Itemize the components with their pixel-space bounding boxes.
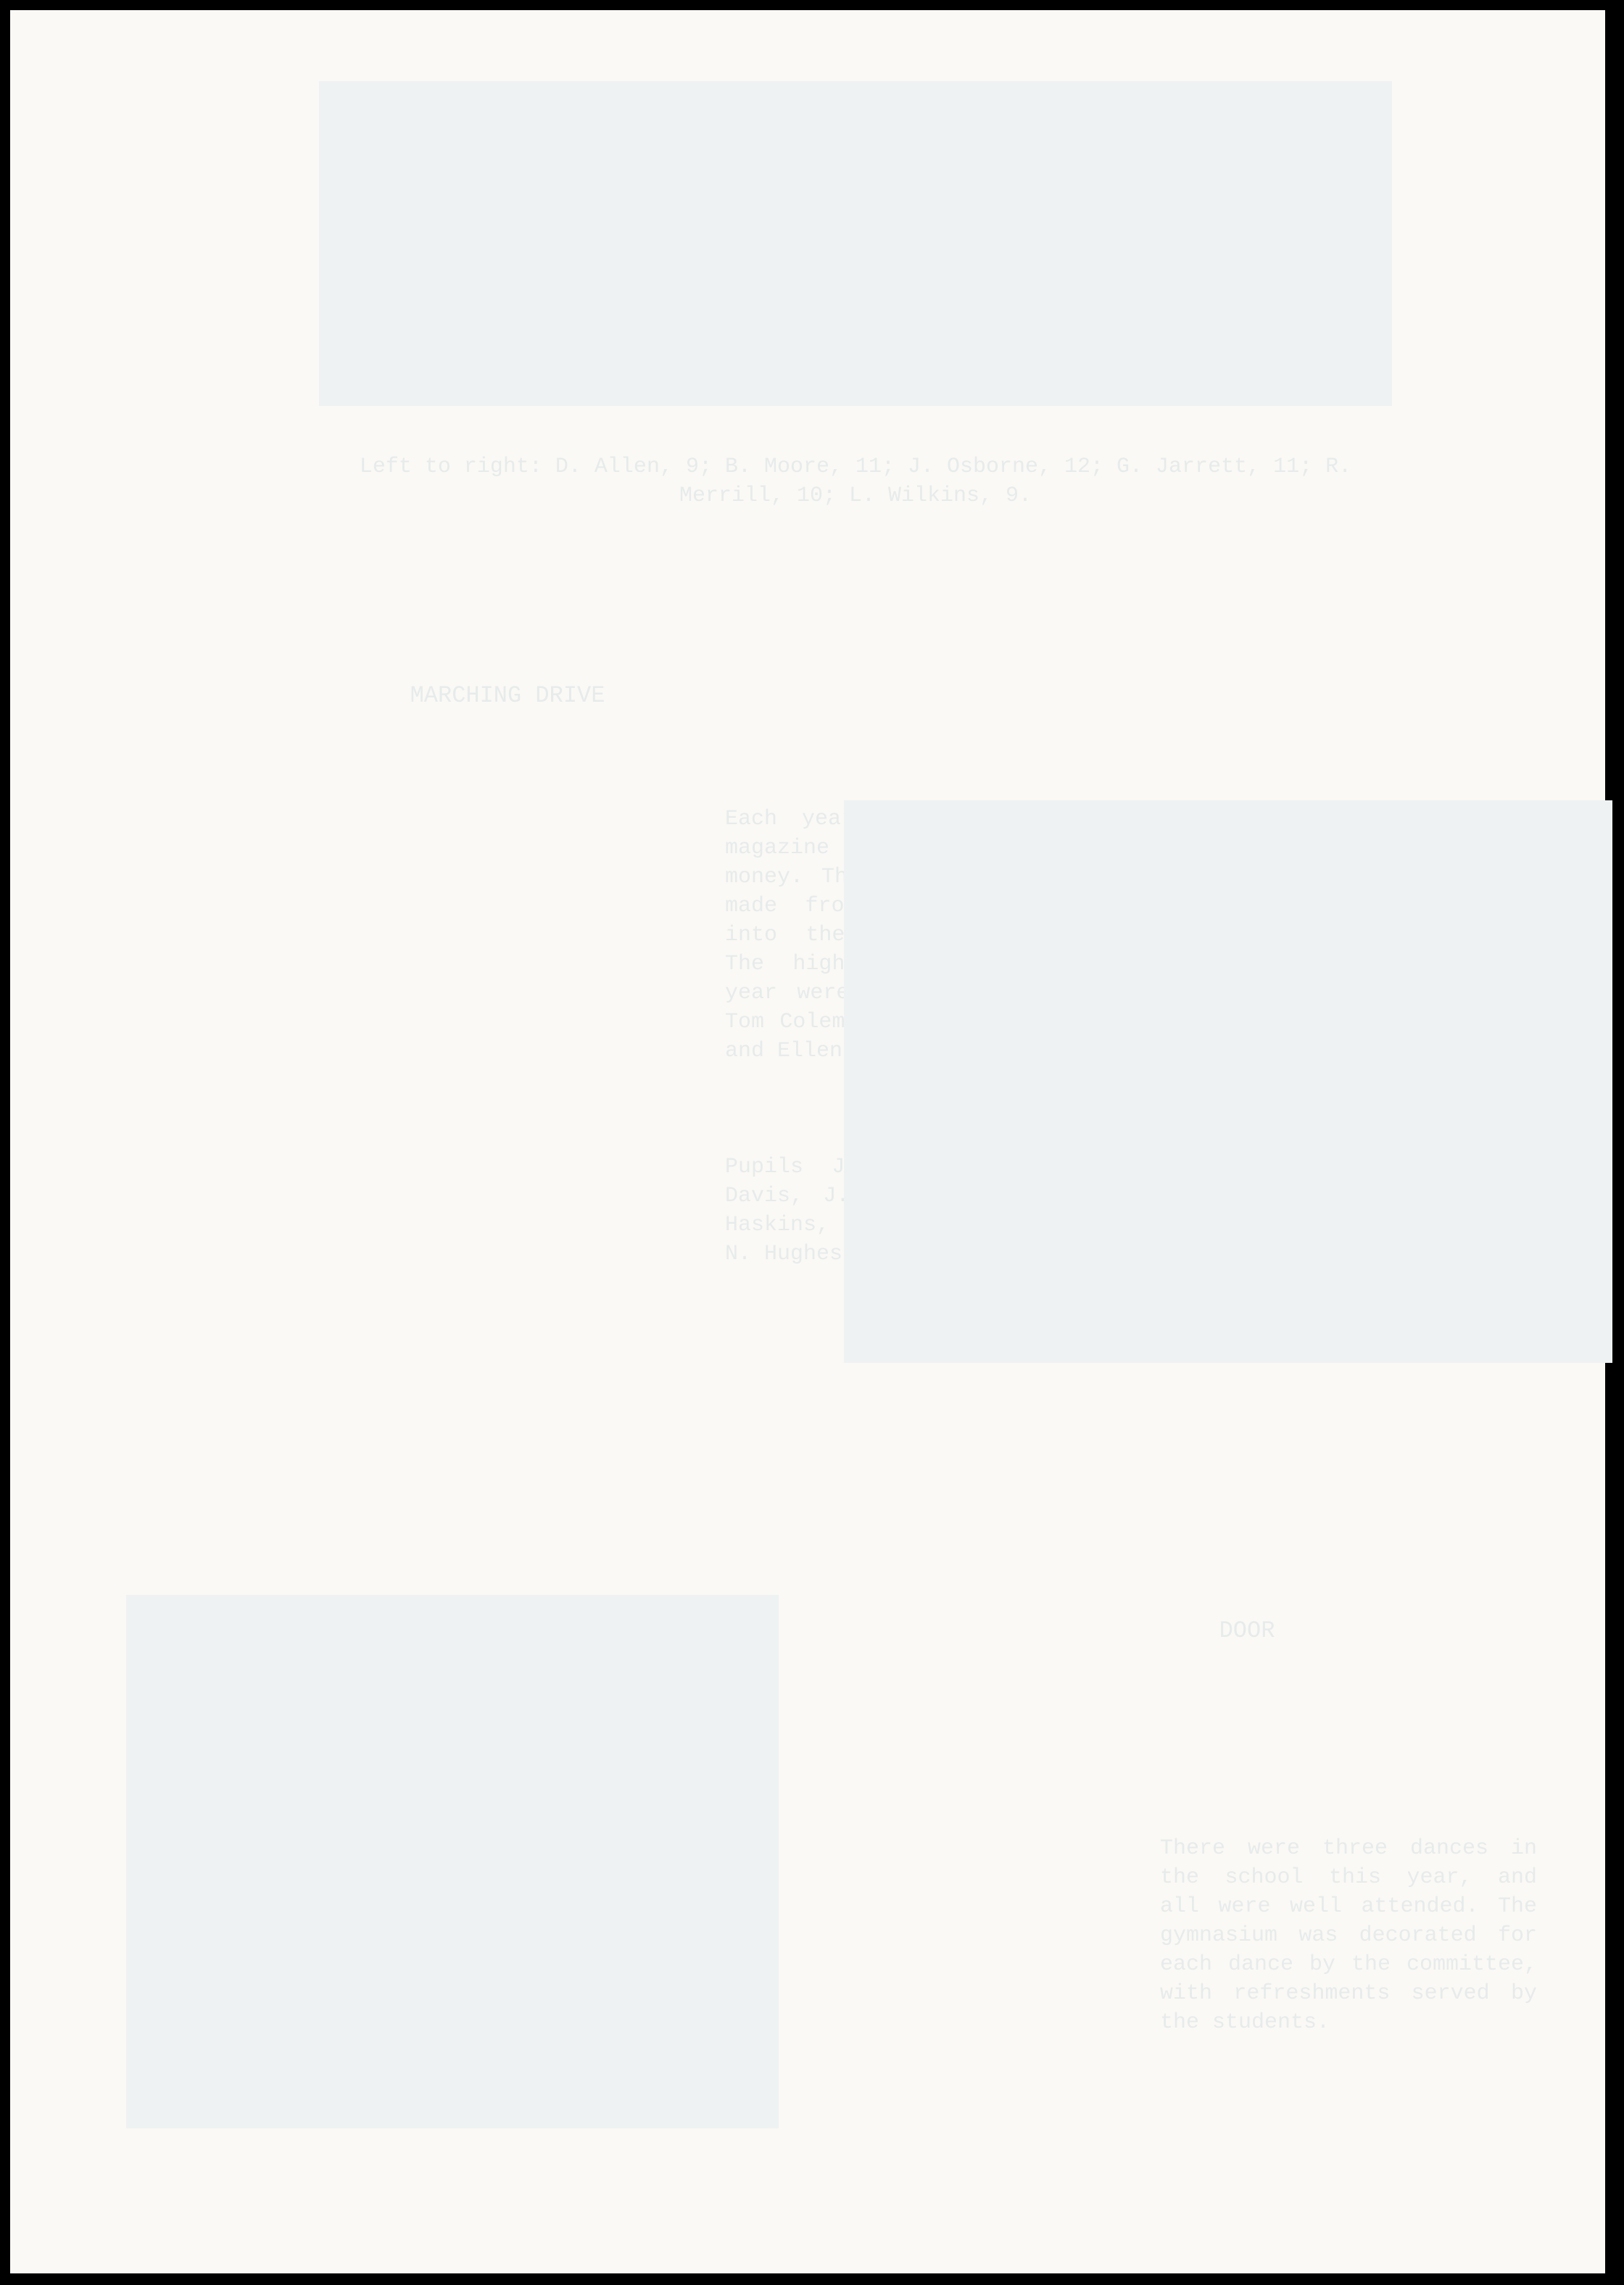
right-photo: [844, 800, 1612, 1363]
section-paragraph-3: There were three dances in the school th…: [1160, 1834, 1537, 2037]
section-heading: MARCHING DRIVE: [290, 681, 725, 710]
section-heading-2: DOOR: [1160, 1617, 1334, 1646]
top-group-photo: [319, 81, 1392, 406]
bottom-left-photo: [126, 1595, 779, 2128]
photo-caption: Left to right: D. Allen, 9; B. Moore, 11…: [355, 452, 1356, 510]
page: Left to right: D. Allen, 9; B. Moore, 11…: [0, 0, 1624, 2285]
